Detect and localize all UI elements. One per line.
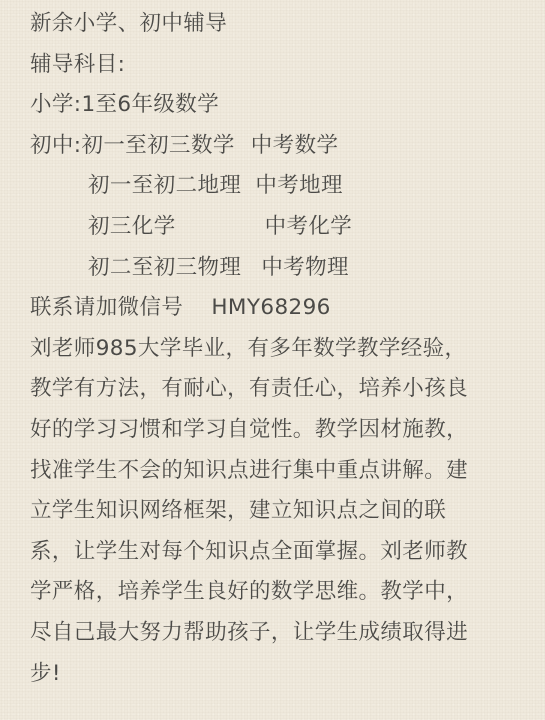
course-name: 初一至初二地理 xyxy=(88,173,241,198)
exam-name: 中考数学 xyxy=(251,133,339,158)
course-name: 初二至初三物理 xyxy=(88,255,241,280)
teacher-description: 刘老师985大学毕业，有多年数学教学经验， 教学有方法，有耐心，有责任心，培养小… xyxy=(30,329,523,694)
junior-row-math: 初中:初一至初三数学中考数学 xyxy=(30,126,523,167)
description-line: 尽自己最大努力帮助孩子，让学生成绩取得进 xyxy=(30,613,523,654)
description-line: 教学有方法，有耐心，有责任心，培养小孩良 xyxy=(30,369,523,410)
document-page: 新余小学、初中辅导 辅导科目: 小学:1至6年级数学 初中:初一至初三数学中考数… xyxy=(0,0,545,720)
description-line: 步! xyxy=(30,654,523,695)
exam-name: 中考地理 xyxy=(255,173,343,198)
description-line: 系，让学生对每个知识点全面掌握。刘老师教 xyxy=(30,532,523,573)
description-line: 刘老师985大学毕业，有多年数学教学经验， xyxy=(30,329,523,370)
course-name: 初一至初三数学 xyxy=(81,133,234,158)
subjects-heading: 辅导科目: xyxy=(30,45,523,86)
junior-prefix: 初中: xyxy=(30,133,81,158)
description-line: 立学生知识网络框架，建立知识点之间的联 xyxy=(30,491,523,532)
exam-name: 中考化学 xyxy=(265,214,353,239)
description-line: 找准学生不会的知识点进行集中重点讲解。建 xyxy=(30,451,523,492)
description-line: 学严格，培养学生良好的数学思维。教学中， xyxy=(30,572,523,613)
junior-row-physics: 初二至初三物理中考物理 xyxy=(30,248,523,289)
document-title: 新余小学、初中辅导 xyxy=(30,4,523,45)
description-line: 好的学习习惯和学习自觉性。教学因材施教， xyxy=(30,410,523,451)
junior-row-chemistry: 初三化学中考化学 xyxy=(30,207,523,248)
exam-name: 中考物理 xyxy=(261,255,349,280)
junior-row-geography: 初一至初二地理中考地理 xyxy=(30,166,523,207)
primary-school-subjects: 小学:1至6年级数学 xyxy=(30,85,523,126)
course-name: 初三化学 xyxy=(88,214,176,239)
contact-line: 联系请加微信号HMY68296 xyxy=(30,288,523,329)
contact-label: 联系请加微信号 xyxy=(30,295,183,320)
wechat-id: HMY68296 xyxy=(211,295,330,320)
